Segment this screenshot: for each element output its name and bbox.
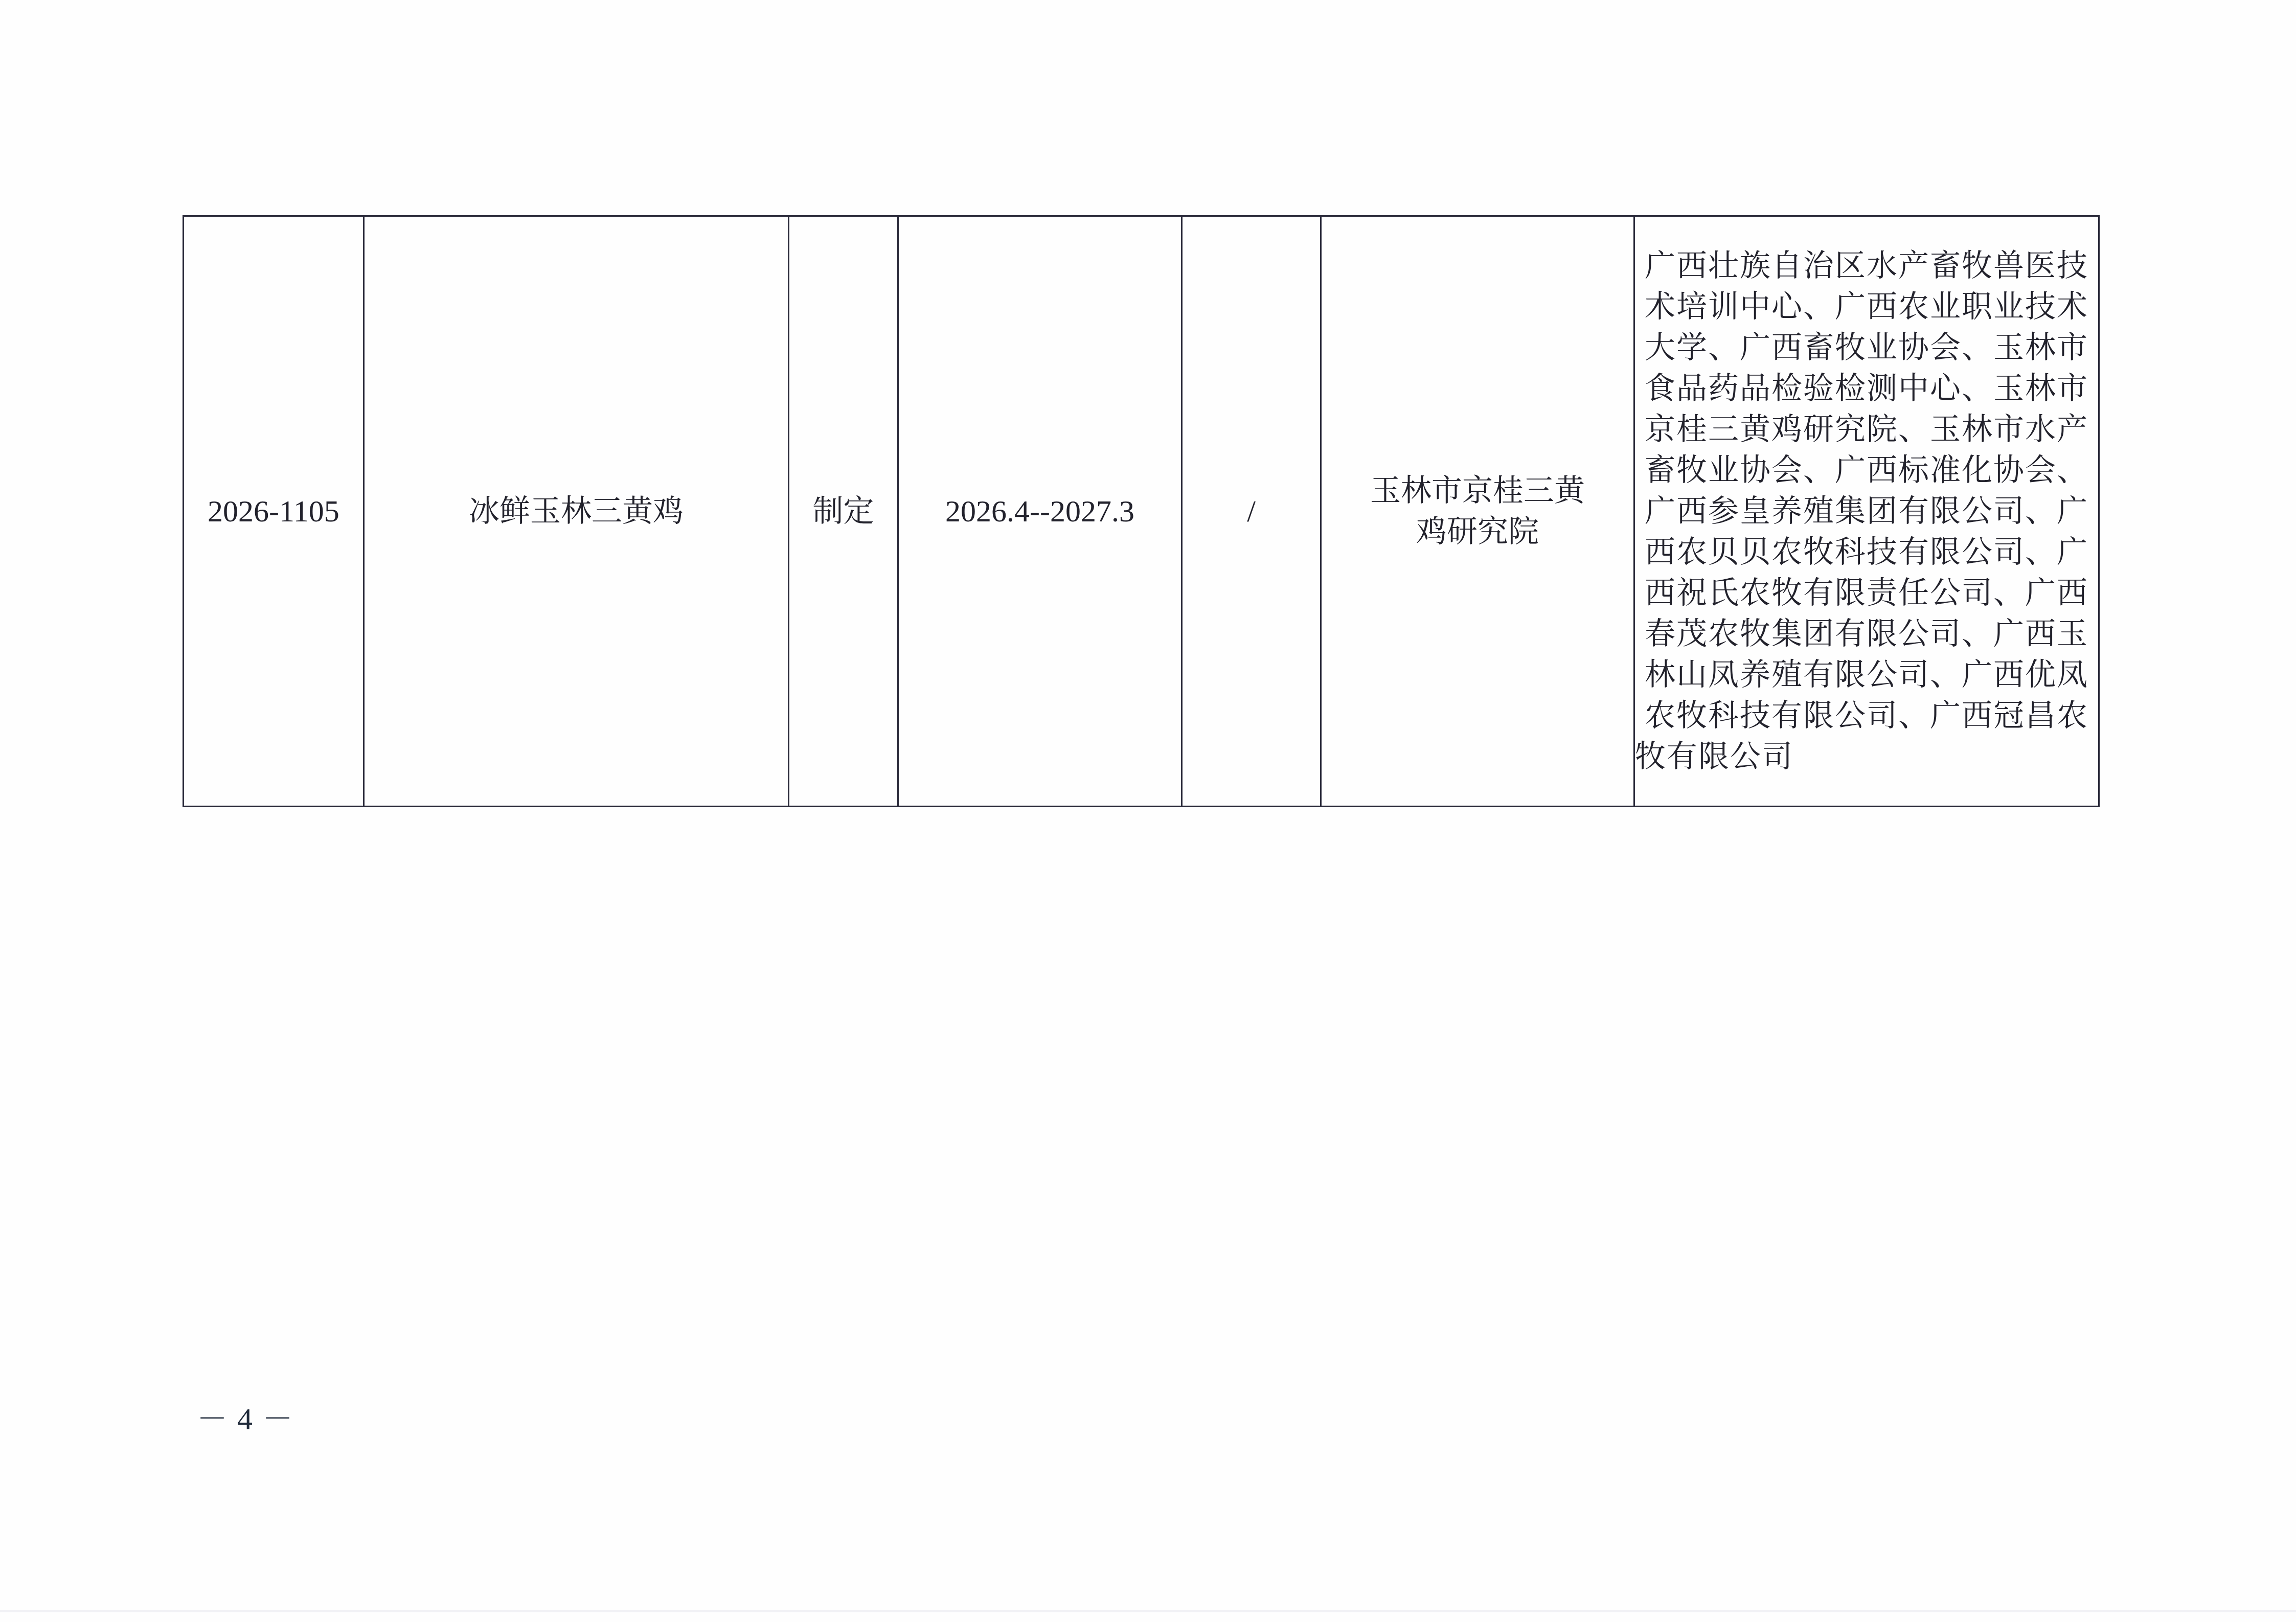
standard-type-cell: 制定 [789,216,898,807]
lead-organization-text: 玉林市京桂三黄鸡研究院 [1357,470,1598,552]
standards-table: 2026-1105 冰鲜玉林三黄鸡 制定 2026.4--2027.3 / 玉林… [183,215,2100,807]
scan-edge-divider [0,1610,2296,1612]
participating-organizations-cell: 广西壮族自治区水产畜牧兽医技术培训中心、广西农业职业技术大学、广西畜牧业协会、玉… [1634,216,2099,807]
participating-organizations-text: 广西壮族自治区水产畜牧兽医技术培训中心、广西农业职业技术大学、广西畜牧业协会、玉… [1635,245,2098,777]
standard-code-cell: 2026-1105 [184,216,364,807]
document-page: 2026-1105 冰鲜玉林三黄鸡 制定 2026.4--2027.3 / 玉林… [0,0,2296,1622]
period-cell: 2026.4--2027.3 [898,216,1182,807]
table-row: 2026-1105 冰鲜玉林三黄鸡 制定 2026.4--2027.3 / 玉林… [184,216,2099,807]
replaced-standard-cell: / [1182,216,1321,807]
standard-name-cell: 冰鲜玉林三黄鸡 [364,216,789,807]
page-number: － 4 － [197,1395,294,1438]
lead-organization-cell: 玉林市京桂三黄鸡研究院 [1321,216,1634,807]
